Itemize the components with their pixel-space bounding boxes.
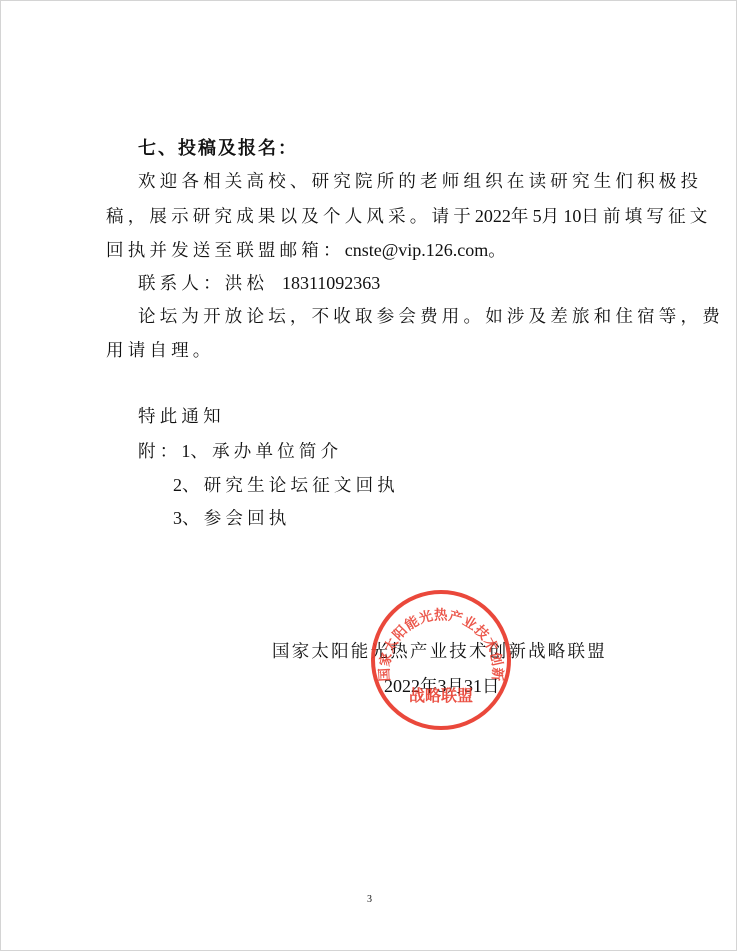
deadline-month: 5 [533,206,542,226]
attachment-separator: 、 [182,476,204,496]
section-heading: 七、投稿及报名： [138,138,298,160]
attachment-title: 承办单位简介 [212,442,342,462]
text-segment: 月 [542,207,564,227]
notice-text: 特此通知 [138,406,225,428]
paragraph-invite-line-2: 稿，展示研究成果以及个人风采。请于2022年5月10日前填写征文 [106,205,712,228]
deadline-day: 10 [563,206,581,226]
attachment-item-1: 附：1、承办单位简介 [138,440,342,463]
contact-label: 联系人：洪松 [138,274,268,294]
paragraph-fee-line-2: 用请自理。 [106,340,215,362]
attachment-separator: 、 [190,442,212,462]
attachment-separator: 、 [182,509,204,529]
text-segment: 。 [488,241,510,261]
contact-email: cnste@vip.126.com [345,240,489,260]
attachment-title: 参会回执 [204,509,291,529]
document-page: 七、投稿及报名： 欢迎各相关高校、研究院所的老师组织在读研究生们积极投 稿，展示… [0,0,737,951]
attachment-number: 2 [173,475,182,495]
date-year: 2022 [384,676,420,696]
text-segment: 日前填写征文 [581,207,711,227]
attachment-item-2: 2、研究生论坛征文回执 [173,474,399,497]
page-number: 3 [367,894,372,905]
paragraph-fee-line-1: 论坛为开放论坛，不收取参会费用。如涉及差旅和住宿等，费 [138,306,724,328]
signature-date: 2022年3月31日 [384,675,500,698]
attachment-title: 研究生论坛征文回执 [204,476,399,496]
text-segment: 稿，展示研究成果以及个人风采。请于 [106,207,475,227]
date-month: 3 [438,676,447,696]
date-year-suffix: 年 [420,677,438,697]
date-day: 31 [464,676,482,696]
contact-phone: 18311092363 [282,273,380,293]
deadline-year: 2022 [475,206,511,226]
text-segment: 回执并发送至联盟邮箱： [106,241,345,261]
paragraph-invite-line-3: 回执并发送至联盟邮箱：cnste@vip.126.com。 [106,239,510,262]
date-month-suffix: 月 [447,677,465,697]
text-segment: 年 [511,207,533,227]
signature-organization: 国家太阳能光热产业技术创新战略联盟 [272,641,607,663]
paragraph-invite-line-1: 欢迎各相关高校、研究院所的老师组织在读研究生们积极投 [138,171,702,193]
contact-line: 联系人：洪松 18311092363 [138,272,380,295]
attachment-number: 3 [173,508,182,528]
attachments-label: 附： [138,442,181,462]
attachment-item-3: 3、参会回执 [173,507,291,530]
date-day-suffix: 日 [482,677,500,697]
